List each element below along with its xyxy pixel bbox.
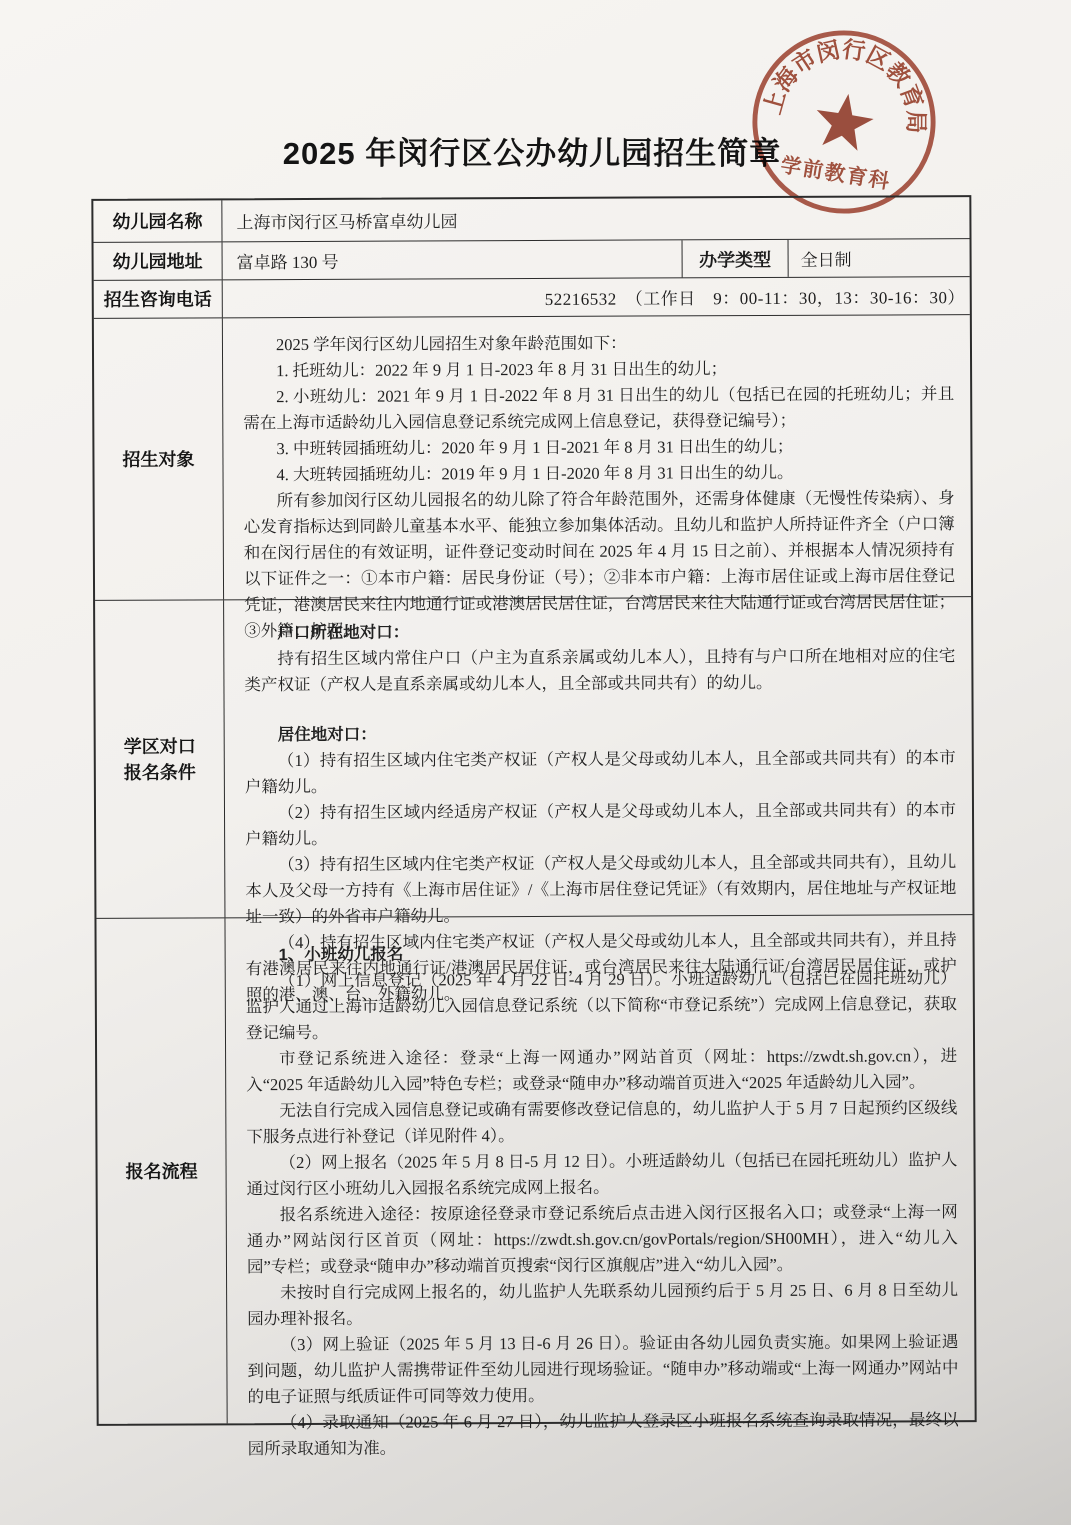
paragraph: （2）网上报名（2025 年 5 月 8 日-5 月 12 日）。小班适龄幼儿（… — [246, 1147, 957, 1202]
application-process-text: 1、小班幼儿报名（1）网上信息登记（2025 年 4 月 22 日-4 月 29… — [224, 915, 974, 1423]
paragraph: 持有招生区域内常住户口（户主为直系亲属或幼儿本人），且持有与户口所在地相对应的住… — [244, 643, 955, 698]
kindergarten-name-value: 上海市闵行区马桥富卓幼儿园 — [221, 197, 969, 241]
enrollment-info-table: 幼儿园名称 上海市闵行区马桥富卓幼儿园 幼儿园地址 富卓路 130 号 办学类型… — [91, 195, 976, 1426]
paragraph: （1）持有招生区域内住宅类产权证（产权人是父母或幼儿本人，且全部或共同共有）的本… — [245, 745, 956, 800]
kindergarten-address-label: 幼儿园地址 — [94, 242, 222, 280]
district-conditions-text: 户口所在地对口：持有招生区域内常住户口（户主为直系亲属或幼儿本人），且持有与户口… — [223, 597, 972, 917]
school-type-value: 全日制 — [788, 239, 970, 277]
district-conditions-label-line1: 学区对口 — [124, 733, 196, 759]
paragraph: 4. 大班转园插班幼儿：2019 年 9 月 1 日-2020 年 8 月 31… — [243, 459, 954, 488]
consult-phone-value: 52216532 （工作日 9：00-11：30，13：30-16：30） — [222, 277, 970, 317]
paragraph: （3）网上验证（2025 年 5 月 13 日-6 月 26 日）。验证由各幼儿… — [247, 1329, 958, 1410]
paragraph: 未按时自行完成网上报名的，幼儿监护人先联系幼儿园预约后于 5 月 25 日、6 … — [247, 1277, 958, 1332]
kindergarten-address-value: 富卓路 130 号 — [222, 240, 682, 279]
paragraph: （1）网上信息登记（2025 年 4 月 22 日-4 月 29 日）。小班适龄… — [246, 965, 957, 1046]
paragraph: 3. 中班转园插班幼儿：2020 年 9 月 1 日-2021 年 8 月 31… — [243, 433, 954, 462]
scanned-document-page: 2025 年闵行区公办幼儿园招生简章 上海市闵行区教育局 学前教育科 幼儿园名称… — [0, 0, 1071, 1525]
seal-bottom-text: 学前教育科 — [779, 153, 893, 194]
paragraph: 2. 小班幼儿：2021 年 9 月 1 日-2022 年 8 月 31 日出生… — [243, 381, 954, 436]
section-heading: 居住地对口： — [245, 719, 956, 748]
paragraph: （2）持有招生区域内经适房产权证（产权人是父母或幼儿本人，且全部或共同共有）的本… — [245, 797, 956, 852]
paragraph: （4）录取通知（2025 年 6 月 27 日），幼儿监护人登录区小班报名系统查… — [248, 1407, 959, 1462]
paragraph: 2025 学年闵行区幼儿园招生对象年龄范围如下： — [243, 329, 954, 358]
paragraph: 无法自行完成入园信息登记或确有需要修改登记信息的，幼儿监护人于 5 月 7 日起… — [246, 1095, 957, 1150]
seal-star-icon — [811, 89, 876, 152]
paragraph: 报名系统进入途径：按原途径登录市登记系统后点击进入闵行区报名入口；或登录“上海一… — [247, 1199, 958, 1280]
paragraph: 1. 托班幼儿：2022 年 9 月 1 日-2023 年 8 月 31 日出生… — [243, 355, 954, 384]
row-enrollment-target: 招生对象 2025 学年闵行区幼儿园招生对象年龄范围如下：1. 托班幼儿：202… — [94, 314, 971, 600]
district-conditions-label-line2: 报名条件 — [124, 759, 196, 785]
row-district-conditions: 学区对口 报名条件 户口所在地对口：持有招生区域内常住户口（户主为直系亲属或幼儿… — [95, 596, 972, 918]
kindergarten-name-label: 幼儿园名称 — [93, 200, 221, 242]
row-consult-phone: 招生咨询电话 52216532 （工作日 9：00-11：30，13：30-16… — [94, 276, 970, 318]
enrollment-target-text: 2025 学年闵行区幼儿园招生对象年龄范围如下：1. 托班幼儿：2022 年 9… — [222, 315, 971, 599]
enrollment-target-label: 招生对象 — [94, 318, 223, 600]
district-conditions-label: 学区对口 报名条件 — [95, 600, 224, 918]
row-kindergarten-address: 幼儿园地址 富卓路 130 号 办学类型 全日制 — [94, 238, 970, 280]
paragraph-gap — [245, 695, 956, 722]
school-type-label: 办学类型 — [682, 240, 788, 277]
row-kindergarten-name: 幼儿园名称 上海市闵行区马桥富卓幼儿园 — [93, 197, 969, 242]
row-application-process: 报名流程 1、小班幼儿报名（1）网上信息登记（2025 年 4 月 22 日-4… — [96, 914, 974, 1424]
consult-phone-label: 招生咨询电话 — [94, 280, 222, 318]
paragraph: 市登记系统进入途径：登录“上海一网通办”网站首页（网址：https://zwdt… — [246, 1043, 957, 1098]
application-process-label: 报名流程 — [96, 918, 226, 1424]
section-heading: 户口所在地对口： — [244, 617, 955, 646]
section-heading: 1、小班幼儿报名 — [246, 939, 957, 968]
